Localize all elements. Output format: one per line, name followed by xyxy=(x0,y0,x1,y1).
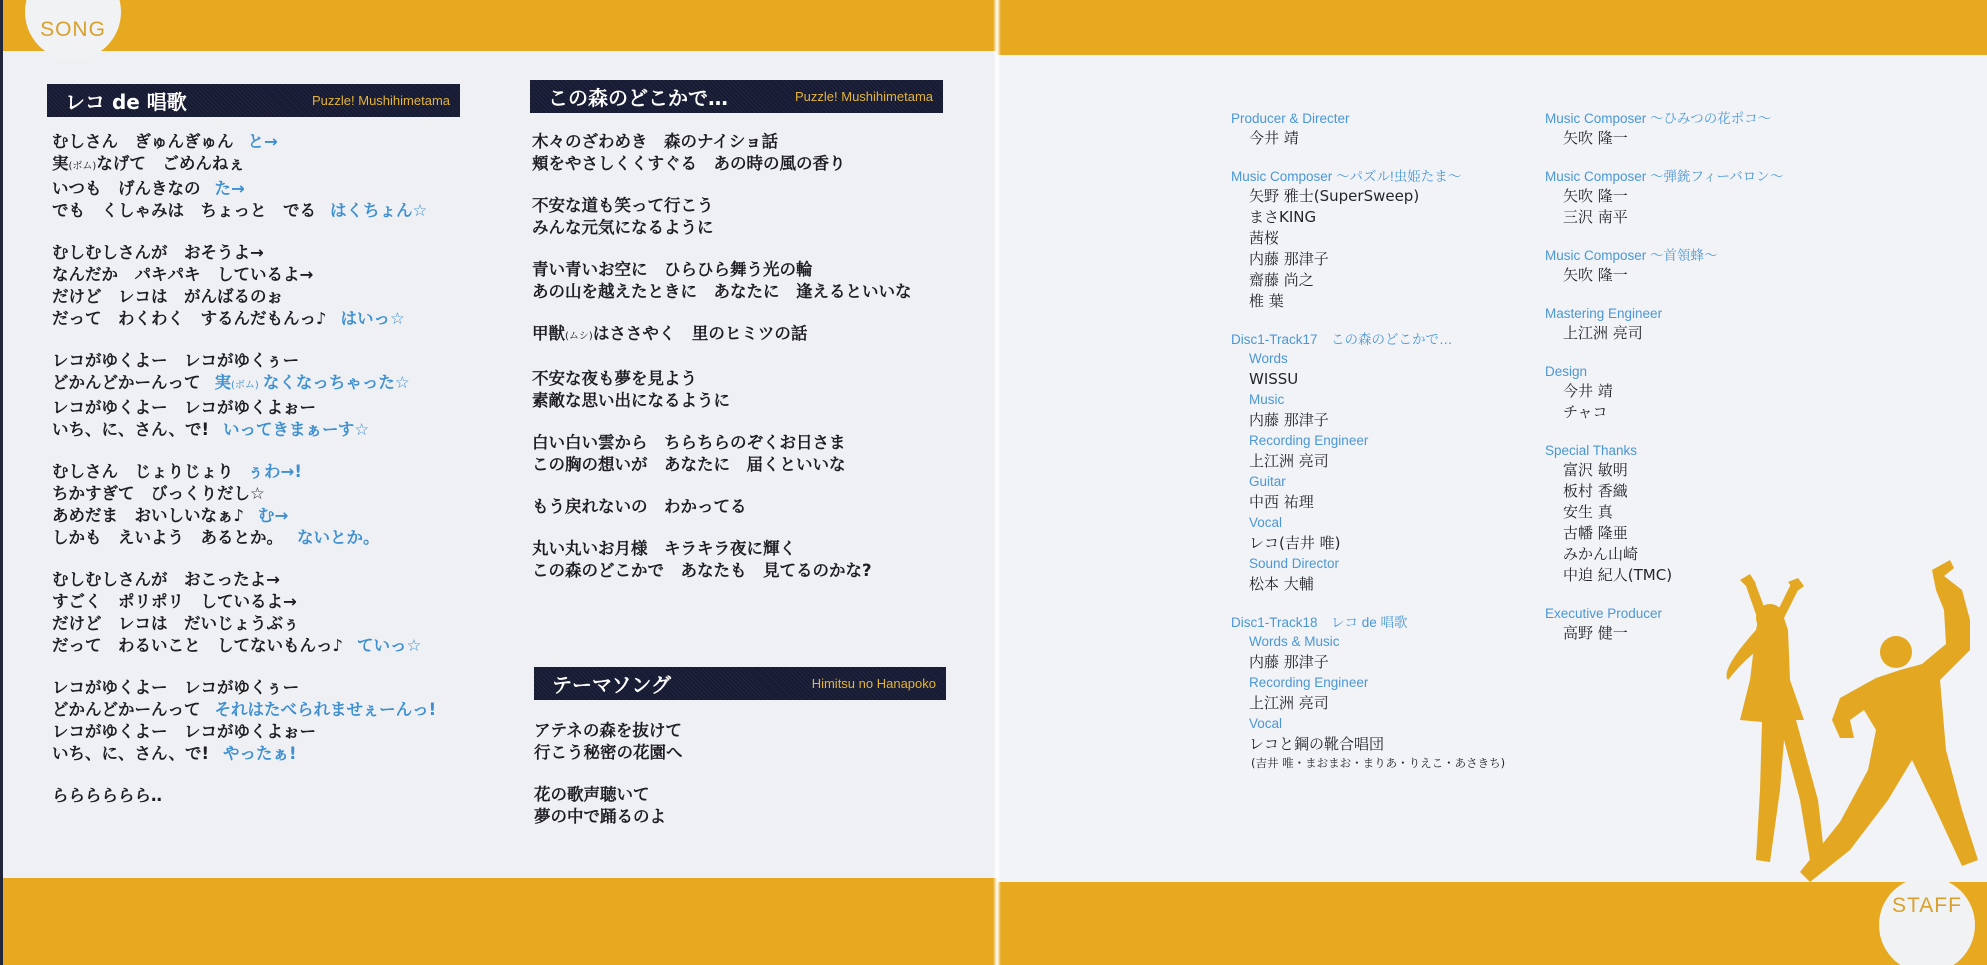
credit-name: 齋藤 尚之 xyxy=(1231,270,1531,291)
credit-name: チャコ xyxy=(1545,402,1845,423)
lyric-text: 素敵な思い出になるように xyxy=(532,391,730,410)
credit-subrole: Music xyxy=(1231,390,1531,410)
stanza: むしさん ぎゅんぎゅんと→実(ボム)なげて ごめんねぇいつも げんきなのた→でも… xyxy=(52,131,436,222)
lyric-text: でも くしゃみは ちょっと でる xyxy=(52,201,316,220)
credit-role: Design xyxy=(1545,363,1845,381)
lyric-line: 丸い丸いお月様 キラキラ夜に輝く xyxy=(532,538,912,560)
credit-name: 中西 祐理 xyxy=(1231,492,1531,513)
credit-name: 上江洲 亮司 xyxy=(1231,693,1531,714)
credit-name: 三沢 南平 xyxy=(1545,207,1845,228)
stanza: レコがゆくよー レコがゆくぅーどかんどかーんってそれはたべられませぇーんっ!レコ… xyxy=(52,677,436,765)
stanza: 甲獣(ムシ)はささやく 里のヒミツの話 xyxy=(532,323,912,348)
lyric-ruby: (ムシ) xyxy=(565,331,593,342)
lyric-callout: はくちょん☆ xyxy=(330,201,427,220)
lyric-line: 白い白い雲から ちらちらのぞくお日さま xyxy=(532,432,912,454)
lyric-text: レコがゆくよー レコがゆくよぉー xyxy=(52,722,316,741)
stanza: 不安な道も笑って行こうみんな元気になるように xyxy=(532,195,912,239)
lyric-callout: ないとか。 xyxy=(297,528,380,547)
credits-column-1: Producer & Directer今井 靖Music Composer ～パ… xyxy=(1231,110,1531,790)
lyric-line: レコがゆくよー レコがゆくぅー xyxy=(52,350,436,372)
lyric-line: 木々のざわめき 森のナイショ話 xyxy=(532,131,912,153)
credit-group: Disc1-Track18 レコ de 唱歌Words & Music内藤 那津… xyxy=(1231,614,1531,771)
dancers-silhouette-icon xyxy=(1700,560,1980,882)
lyric-line: むしさん ぎゅんぎゅんと→ xyxy=(52,131,436,153)
lyric-text: 行こう秘密の花園へ xyxy=(534,743,683,762)
song-page: SONG レコ de 唱歌 Puzzle! Mushihimetama むしさん… xyxy=(0,0,997,965)
lyric-line: あの山を越えたときに あなたに 逢えるといいな xyxy=(532,281,912,303)
lyric-line: 夢の中で踊るのよ xyxy=(534,806,683,828)
lyric-callout: た→ xyxy=(215,179,245,198)
lyric-text: いち、に、さん、で! xyxy=(52,420,209,439)
lyric-line: あめだま おいしいなぁ♪む→ xyxy=(52,505,436,527)
credit-subrole: Recording Engineer xyxy=(1231,673,1531,693)
credit-group: Mastering Engineer上江洲 亮司 xyxy=(1545,305,1845,344)
song-lyrics-3: アテネの森を抜けて行こう秘密の花園へ花の歌声聴いて夢の中で踊るのよ xyxy=(534,720,683,848)
stanza: アテネの森を抜けて行こう秘密の花園へ xyxy=(534,720,683,764)
song-title-bar-3: テーマソング Himitsu no Hanapoko xyxy=(534,667,946,700)
lyric-text: らららららら‥ xyxy=(52,786,162,805)
lyric-line: だって わくわく するんだもんっ♪はいっ☆ xyxy=(52,308,436,330)
lyric-text: レコがゆくよー レコがゆくぅー xyxy=(52,351,299,370)
lyric-line: いち、に、さん、で!やったぁ! xyxy=(52,743,436,765)
lyric-line: いつも げんきなのた→ xyxy=(52,178,436,200)
lyric-line: みんな元気になるように xyxy=(532,217,912,239)
lyric-line: でも くしゃみは ちょっと でるはくちょん☆ xyxy=(52,200,436,222)
lyric-line: 実(ボム)なげて ごめんねぇ xyxy=(52,153,436,178)
lyric-line: 青い青いお空に ひらひら舞う光の輪 xyxy=(532,259,912,281)
credit-name: 内藤 那津子 xyxy=(1231,652,1531,673)
lyric-line: 頬をやさしくくすぐる あの時の風の香り xyxy=(532,153,912,175)
lyric-callout: なくなっちゃった☆ xyxy=(263,373,410,392)
stanza: むしむしさんが おそうよ→なんだか パキパキ しているよ→だけど レコは がんば… xyxy=(52,242,436,330)
lyric-line: いち、に、さん、で!いってきまぁーす☆ xyxy=(52,419,436,441)
credit-name: 上江洲 亮司 xyxy=(1545,323,1845,344)
credit-name: 上江洲 亮司 xyxy=(1231,451,1531,472)
lyric-line: アテネの森を抜けて xyxy=(534,720,683,742)
credit-group: Producer & Directer今井 靖 xyxy=(1231,110,1531,149)
lyric-line: だけど レコは がんばるのぉ xyxy=(52,286,436,308)
credit-name: 矢野 雅士(SuperSweep) xyxy=(1231,186,1531,207)
song-lyrics-2: 木々のざわめき 森のナイショ話頬をやさしくくすぐる あの時の風の香り不安な道も笑… xyxy=(532,131,912,602)
stanza: 丸い丸いお月様 キラキラ夜に輝くこの森のどこかで あなたも 見てるのかな? xyxy=(532,538,912,582)
credit-group: Disc1-Track17 この森のどこかで…WordsWISSUMusic内藤… xyxy=(1231,331,1531,595)
lyric-line: 花の歌声聴いて xyxy=(534,784,683,806)
lyric-text: みんな元気になるように xyxy=(532,218,714,237)
lyric-text: はささやく 里のヒミツの話 xyxy=(593,324,808,343)
credit-subrole: Sound Director xyxy=(1231,554,1531,574)
lyric-line: この胸の想いが あなたに 届くといいな xyxy=(532,454,912,476)
song-title: テーマソング xyxy=(552,669,671,698)
staff-tab: STAFF xyxy=(1879,877,1975,965)
stanza: 花の歌声聴いて夢の中で踊るのよ xyxy=(534,784,683,828)
credit-name: 古幡 隆亜 xyxy=(1545,523,1845,544)
song-game: Puzzle! Mushihimetama xyxy=(312,93,450,108)
credit-name: 今井 靖 xyxy=(1545,381,1845,402)
credit-role: Music Composer ～弾銃フィーバロン～ xyxy=(1545,168,1845,186)
credit-role: Music Composer ～ひみつの花ポコ～ xyxy=(1545,110,1845,128)
credit-role: Special Thanks xyxy=(1545,442,1845,460)
credit-name: 矢吹 隆一 xyxy=(1545,186,1845,207)
lyric-line: どかんどかーんってそれはたべられませぇーんっ! xyxy=(52,699,436,721)
lyric-line: すごく ポリポリ しているよ→ xyxy=(52,591,436,613)
lyric-line: 甲獣(ムシ)はささやく 里のヒミツの話 xyxy=(532,323,912,348)
lyric-callout: と→ xyxy=(248,132,278,151)
stanza: らららららら‥ xyxy=(52,785,436,807)
lyric-text: だって わるいこと してないもんっ♪ xyxy=(52,636,343,655)
credit-name: 今井 靖 xyxy=(1231,128,1531,149)
credit-name: レコ(吉井 唯) xyxy=(1231,533,1531,554)
lyric-line: むしさん じょりじょりぅわ→! xyxy=(52,461,436,483)
credit-group: Music Composer ～パズル!虫姫たま～矢野 雅士(SuperSwee… xyxy=(1231,168,1531,312)
lyric-text: 不安な道も笑って行こう xyxy=(532,196,714,215)
lyric-text: むしさん じょりじょり xyxy=(52,462,234,481)
stanza: もう戻れないの わかってる xyxy=(532,496,912,518)
lyric-text: どかんどかーんって xyxy=(52,373,201,392)
lyric-text: むしさん ぎゅんぎゅん xyxy=(52,132,234,151)
lyric-callout: いってきまぁーす☆ xyxy=(223,420,369,439)
lyric-text: アテネの森を抜けて xyxy=(534,721,682,740)
lyric-line: しかも えいよう あるとか。ないとか。 xyxy=(52,527,436,549)
credit-group: Music Composer ～弾銃フィーバロン～矢吹 隆一三沢 南平 xyxy=(1545,168,1845,228)
stanza: むしさん じょりじょりぅわ→!ちかすぎて びっくりだし☆あめだま おいしいなぁ♪… xyxy=(52,461,436,549)
lyric-text: あめだま おいしいなぁ♪ xyxy=(52,506,244,525)
credit-subrole: Guitar xyxy=(1231,472,1531,492)
lyric-text: なげて ごめんねぇ xyxy=(96,154,245,173)
song-game: Himitsu no Hanapoko xyxy=(812,676,936,691)
lyric-callout: やったぁ! xyxy=(223,744,297,763)
lyric-line: 不安な道も笑って行こう xyxy=(532,195,912,217)
lyric-line: レコがゆくよー レコがゆくぅー xyxy=(52,677,436,699)
lyric-line: 不安な夜も夢を見よう xyxy=(532,368,912,390)
credit-subrole: Words & Music xyxy=(1231,632,1531,652)
credit-name: レコと鋼の靴合唱団 xyxy=(1231,734,1531,755)
credit-name: 矢吹 隆一 xyxy=(1545,265,1845,286)
lyric-text: 甲獣 xyxy=(532,324,565,343)
lyric-text: レコがゆくよー レコがゆくよぉー xyxy=(52,398,316,417)
lyric-line: だけど レコは だいじょうぶぅ xyxy=(52,613,436,635)
lyric-line: レコがゆくよー レコがゆくよぉー xyxy=(52,397,436,419)
credit-group: Music Composer ～ひみつの花ポコ～矢吹 隆一 xyxy=(1545,110,1845,149)
lyric-ruby: (ボム) xyxy=(69,161,97,172)
credit-subrole: Vocal xyxy=(1231,714,1531,734)
lyric-line: 行こう秘密の花園へ xyxy=(534,742,683,764)
credit-name: 安生 真 xyxy=(1545,502,1845,523)
credit-name: 松本 大輔 xyxy=(1231,574,1531,595)
lyric-text: なんだか パキパキ しているよ→ xyxy=(52,265,313,284)
lyric-text: レコがゆくよー レコがゆくぅー xyxy=(52,678,299,697)
credit-role: Music Composer ～パズル!虫姫たま～ xyxy=(1231,168,1531,186)
bottom-band xyxy=(997,882,1987,965)
lyric-line: レコがゆくよー レコがゆくよぉー xyxy=(52,721,436,743)
lyric-text: どかんどかーんって xyxy=(52,700,201,719)
lyric-line: むしむしさんが おそうよ→ xyxy=(52,242,436,264)
credit-subrole: Recording Engineer xyxy=(1231,431,1531,451)
lyric-text: いつも げんきなの xyxy=(52,179,201,198)
credit-role: Mastering Engineer xyxy=(1545,305,1845,323)
lyric-text: しかも えいよう あるとか。 xyxy=(52,528,283,547)
lyric-text: いち、に、さん、で! xyxy=(52,744,209,763)
lyric-callout: はいっ☆ xyxy=(341,309,405,328)
credit-name: まさKING xyxy=(1231,207,1531,228)
lyric-text: 不安な夜も夢を見よう xyxy=(532,369,697,388)
lyric-text: 木々のざわめき 森のナイショ話 xyxy=(532,132,778,151)
lyric-text: 実 xyxy=(52,154,69,173)
credit-note: (吉井 唯・まおまお・まりあ・りえこ・あさきち) xyxy=(1231,755,1531,771)
lyric-text: 花の歌声聴いて xyxy=(534,785,650,804)
lyric-callout: ていっ☆ xyxy=(357,636,421,655)
credit-role: Music Composer ～首領蜂～ xyxy=(1545,247,1845,265)
lyric-text: だけど レコは だいじょうぶぅ xyxy=(52,614,300,633)
lyric-text: 頬をやさしくくすぐる あの時の風の香り xyxy=(532,154,846,173)
credit-name: 内藤 那津子 xyxy=(1231,249,1531,270)
credit-name: 椎 葉 xyxy=(1231,291,1531,312)
lyric-callout: 実 xyxy=(215,373,232,392)
lyric-line: なんだか パキパキ しているよ→ xyxy=(52,264,436,286)
top-band xyxy=(3,0,997,51)
credit-role: Producer & Directer xyxy=(1231,110,1531,128)
song-tab: SONG xyxy=(25,0,121,60)
lyric-line: だって わるいこと してないもんっ♪ていっ☆ xyxy=(52,635,436,657)
credit-name: 富沢 敏明 xyxy=(1545,460,1845,481)
credit-name: 板村 香織 xyxy=(1545,481,1845,502)
lyric-text: むしむしさんが おこったよ→ xyxy=(52,570,280,589)
song-title: この森のどこかで… xyxy=(548,82,728,111)
lyric-text: ちかすぎて びっくりだし☆ xyxy=(52,484,265,503)
song-lyrics-1: むしさん ぎゅんぎゅんと→実(ボム)なげて ごめんねぇいつも げんきなのた→でも… xyxy=(52,131,436,827)
credit-name: 茜桜 xyxy=(1231,228,1531,249)
lyric-text: もう戻れないの わかってる xyxy=(532,497,747,516)
stanza: レコがゆくよー レコがゆくぅーどかんどかーんって実(ボム)なくなっちゃった☆レコ… xyxy=(52,350,436,441)
lyric-line: もう戻れないの わかってる xyxy=(532,496,912,518)
stanza: 白い白い雲から ちらちらのぞくお日さまこの胸の想いが あなたに 届くといいな xyxy=(532,432,912,476)
lyric-line: どかんどかーんって実(ボム)なくなっちゃった☆ xyxy=(52,372,436,397)
lyric-callout: む→ xyxy=(258,506,288,525)
lyric-ruby: (ボム) xyxy=(231,380,259,391)
lyric-text: 青い青いお空に ひらひら舞う光の輪 xyxy=(532,260,813,279)
stanza: 不安な夜も夢を見よう素敵な思い出になるように xyxy=(532,368,912,412)
stanza: むしむしさんが おこったよ→すごく ポリポリ しているよ→だけど レコは だいじ… xyxy=(52,569,436,657)
song-game: Puzzle! Mushihimetama xyxy=(795,89,933,104)
song-title: レコ de 唱歌 xyxy=(65,86,187,115)
lyric-text: この森のどこかで あなたも 見てるのかな? xyxy=(532,561,872,580)
credit-subrole: Words xyxy=(1231,349,1531,369)
credit-group: Design今井 靖チャコ xyxy=(1545,363,1845,423)
lyric-text: むしむしさんが おそうよ→ xyxy=(52,243,264,262)
page-fold xyxy=(993,0,1001,965)
lyric-line: ちかすぎて びっくりだし☆ xyxy=(52,483,436,505)
lyric-text: だけど レコは がんばるのぉ xyxy=(52,287,283,306)
lyric-text: すごく ポリポリ しているよ→ xyxy=(52,592,297,611)
lyric-text: この胸の想いが あなたに 届くといいな xyxy=(532,455,846,474)
credit-role: Disc1-Track17 この森のどこかで… xyxy=(1231,331,1531,349)
stanza: 木々のざわめき 森のナイショ話頬をやさしくくすぐる あの時の風の香り xyxy=(532,131,912,175)
credit-role: Disc1-Track18 レコ de 唱歌 xyxy=(1231,614,1531,632)
lyric-text: あの山を越えたときに あなたに 逢えるといいな xyxy=(532,282,912,301)
lyric-callout: ぅわ→! xyxy=(248,462,302,481)
stanza: 青い青いお空に ひらひら舞う光の輪あの山を越えたときに あなたに 逢えるといいな xyxy=(532,259,912,303)
lyric-callout: それはたべられませぇーんっ! xyxy=(215,700,437,719)
lyric-text: 夢の中で踊るのよ xyxy=(534,807,666,826)
song-title-bar-2: この森のどこかで… Puzzle! Mushihimetama xyxy=(530,80,943,113)
lyric-line: この森のどこかで あなたも 見てるのかな? xyxy=(532,560,912,582)
lyric-line: らららららら‥ xyxy=(52,785,436,807)
song-title-bar-1: レコ de 唱歌 Puzzle! Mushihimetama xyxy=(47,84,460,117)
lyric-text: 丸い丸いお月様 キラキラ夜に輝く xyxy=(532,539,796,558)
lyric-line: むしむしさんが おこったよ→ xyxy=(52,569,436,591)
credit-name: WISSU xyxy=(1231,369,1531,390)
lyric-text: 白い白い雲から ちらちらのぞくお日さま xyxy=(532,433,846,452)
credit-name: 矢吹 隆一 xyxy=(1545,128,1845,149)
credit-subrole: Vocal xyxy=(1231,513,1531,533)
lyric-text: だって わくわく するんだもんっ♪ xyxy=(52,309,327,328)
credit-name: 内藤 那津子 xyxy=(1231,410,1531,431)
credit-group: Music Composer ～首領蜂～矢吹 隆一 xyxy=(1545,247,1845,286)
lyric-line: 素敵な思い出になるように xyxy=(532,390,912,412)
top-band xyxy=(997,0,1987,55)
bottom-band xyxy=(3,878,997,965)
